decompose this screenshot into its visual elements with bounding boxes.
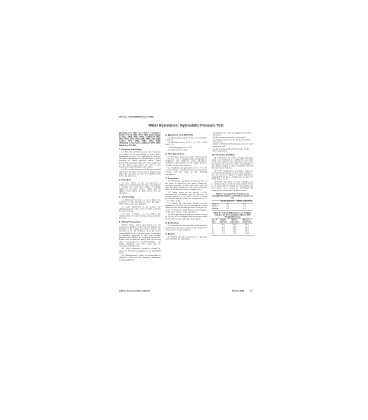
section-heading: 6. Test Specimens [165,153,207,155]
body-paragraph: NOTE: These safety precautions are for i… [119,224,161,247]
body-paragraph: 3.1 hydrostatic pressure, n.—of a fabric… [119,199,161,205]
table-cell: Average [212,208,220,210]
body-paragraph: 7.2 Apply water to the surface of the sp… [165,191,207,201]
body-paragraph: 1.2 The results obtained with this test … [119,169,161,177]
body-paragraph: 3.3 water resistance, n.—of textiles, th… [119,213,161,219]
column-1: Developed in 1941 by AATCC Committee RA6… [119,132,161,286]
table-cell: 2.1 [218,233,228,235]
body-paragraph: 5.2 Distilled water, at 21 ± 2°C (70 ± 4… [165,142,207,146]
table-row: Average3.24.7 [212,208,253,210]
table-cell: 13.8 [241,233,253,235]
body-paragraph: 6.1 Cut three specimens 20.0 × 20.0 cm (… [165,156,207,166]
body-paragraph: 4.1 Good laboratory practices should be … [119,248,161,254]
table-cell: 11.0 [228,233,240,235]
data-table-block: Table I—Components of Variance as Standa… [212,193,253,210]
page-footer: AATCC Technical Manual/2000 TM 127-1998 … [119,290,253,292]
page-title: Water Resistance: Hydrostatic Pressure T… [119,124,253,128]
body-paragraph: 3.2 water repellency, n.—in textiles, th… [119,206,161,212]
body-paragraph: 9.1 Report the rate of increase of press… [165,236,207,240]
section-heading: 5. Apparatus and Materials [165,134,207,136]
body-paragraph: 10.2 The components of variance, express… [212,170,253,180]
column-3: (a) whether the water was applied from a… [212,132,253,286]
data-table-block: Table II—Critical Differences, cm of Wat… [212,212,253,236]
body-paragraph: 4.2 Manufacturer's safety recommendation… [119,255,161,261]
document-page-canvas: AATCC Test Method 127-1998 Water Resista… [0,0,368,420]
table-caption: Table II—Critical Differences, cm of Wat… [212,212,253,218]
table-cell: 3.2 [220,208,236,210]
table-body: Option 12.94.3Option 23.45.1Average3.24.… [212,203,253,210]
body-columns: Developed in 1941 by AATCC Committee RA6… [119,132,253,286]
body-paragraph: 10.3 Bias. The value of water resistance… [212,181,253,191]
data-table: Single-OperatorWithin-LaboratoryOption 1… [212,200,253,210]
body-paragraph: 7.4 Disregard drops which form within 3 … [165,214,207,220]
report-list-item: (e) the average hydrostatic pressure for… [212,148,253,152]
history-paragraph: Developed in 1941 by AATCC Committee RA6… [119,132,161,147]
body-paragraph: 7.1 Mount the specimen so that the face … [165,180,207,190]
body-paragraph: 1.1 This test method measures the resist… [119,151,161,168]
document-page: AATCC Test Method 127-1998 Water Resista… [119,116,253,302]
footer-method-code: TM 127-1998 [232,290,245,292]
body-paragraph: 7.3 Watch the specimen closely for the a… [165,203,207,213]
body-paragraph: 6.2 Condition the specimens at 21 ± 1°C … [165,167,207,175]
table-caption: Table I—Components of Variance as Standa… [212,193,253,199]
data-table: No. of Obs.Single-OperatorWithin-Laborat… [212,219,253,236]
method-number-header: AATCC Test Method 127-1998 [119,116,253,118]
table-cell: 4.7 [236,208,253,210]
footer-right-group: TM 127-1998 217 [227,290,253,292]
body-paragraph: 8.1 Calculate the average hydrostatic pr… [165,225,207,231]
section-heading: 9. Report [165,233,207,235]
section-heading: 4. Safety Precautions [119,221,161,223]
footer-page-number: 217 [249,290,253,292]
body-paragraph: 10.1 Precision. In 1993 a single-laborat… [212,157,253,169]
body-paragraph: 5.4 Stop watch or timer. [165,149,207,151]
table-body: 18.013.515.834.611.814.453.611.414.1102.… [212,224,253,236]
column-2: 5. Apparatus and Materials5.1 Hydrostati… [165,132,207,286]
table-row: 152.111.013.8 [212,233,253,235]
footer-manual-label: AATCC Technical Manual/2000 [119,290,150,292]
body-paragraph: 2.1 One surface of the test specimen is … [119,182,161,194]
